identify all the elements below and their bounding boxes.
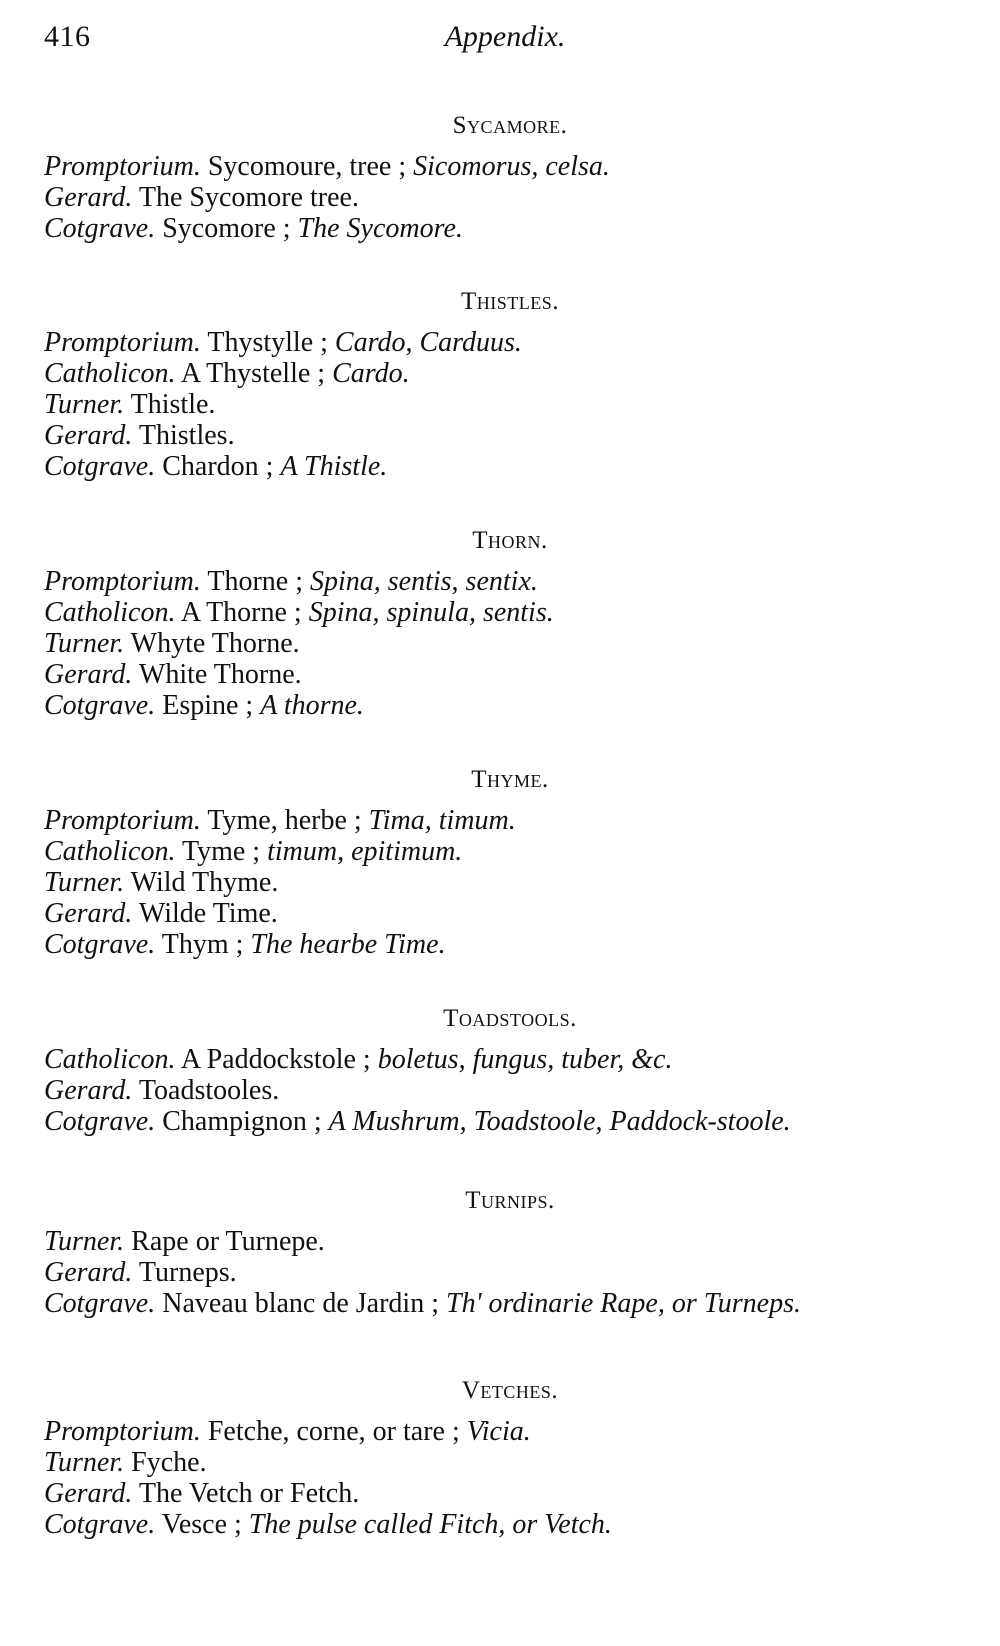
entry: Catholicon. A Paddockstole ; boletus, fu… bbox=[44, 1044, 956, 1075]
entry-text: Wilde Time. bbox=[132, 898, 277, 929]
running-head: Appendix. bbox=[0, 20, 1000, 54]
entry-text: Rape or Turnepe. bbox=[124, 1226, 325, 1257]
entry-text: White Thorne. bbox=[132, 659, 301, 690]
entry-source: Promptorium. bbox=[44, 327, 201, 358]
entry-text: Tyme, herbe ; bbox=[201, 805, 369, 836]
entry-text: Fetche, corne, or tare ; bbox=[201, 1416, 467, 1447]
entry: Cotgrave. Naveau blanc de Jardin ; Th' o… bbox=[44, 1288, 956, 1319]
entry: Gerard. Thistles. bbox=[44, 420, 956, 451]
entry-source: Promptorium. bbox=[44, 151, 201, 182]
entry-source: Gerard. bbox=[44, 182, 132, 213]
entry-source: Gerard. bbox=[44, 1075, 132, 1106]
entry: Gerard. White Thorne. bbox=[44, 659, 956, 690]
entry-text: Sycomoure, tree ; bbox=[201, 151, 413, 182]
entry-latin: A Thistle. bbox=[280, 451, 387, 482]
entry-text: Thorne ; bbox=[201, 566, 310, 597]
entry-text: The Vetch or Fetch. bbox=[132, 1478, 359, 1509]
entry-latin: Th' ordinarie Rape, or Turneps. bbox=[446, 1288, 801, 1319]
entry: Cotgrave. Sycomore ; The Sycomore. bbox=[44, 213, 956, 244]
entry-latin: The hearbe Time. bbox=[250, 929, 445, 960]
entry-source: Gerard. bbox=[44, 420, 132, 451]
section-title: Vetches. bbox=[44, 1377, 956, 1405]
entry: Cotgrave. Chardon ; A Thistle. bbox=[44, 451, 956, 482]
entry-source: Gerard. bbox=[44, 898, 132, 929]
entry: Promptorium. Sycomoure, tree ; Sicomorus… bbox=[44, 151, 956, 182]
entry-source: Gerard. bbox=[44, 659, 132, 690]
section-sycamore: Sycamore.Promptorium. Sycomoure, tree ; … bbox=[44, 112, 956, 244]
entry-text: A Thorne ; bbox=[175, 597, 308, 628]
entry: Promptorium. Thorne ; Spina, sentis, sen… bbox=[44, 566, 956, 597]
entry-text: A Paddockstole ; bbox=[175, 1044, 377, 1075]
entry: Gerard. Toadstooles. bbox=[44, 1075, 956, 1106]
entry-source: Cotgrave. bbox=[44, 1288, 155, 1319]
section-thyme: Thyme.Promptorium. Tyme, herbe ; Tima, t… bbox=[44, 766, 956, 960]
entry-source: Turner. bbox=[44, 1447, 124, 1478]
entry: Turner. Rape or Turnepe. bbox=[44, 1226, 956, 1257]
entry-source: Catholicon. bbox=[44, 1044, 175, 1075]
section-title: Sycamore. bbox=[44, 112, 956, 140]
entry-text: Espine ; bbox=[155, 690, 260, 721]
entry-source: Cotgrave. bbox=[44, 690, 155, 721]
entry-latin: The Sycomore. bbox=[298, 213, 463, 244]
entry: Gerard. Turneps. bbox=[44, 1257, 956, 1288]
entry: Gerard. Wilde Time. bbox=[44, 898, 956, 929]
entry-source: Promptorium. bbox=[44, 805, 201, 836]
page-header: 416 Appendix. bbox=[0, 20, 1000, 60]
entry-text: Chardon ; bbox=[155, 451, 280, 482]
entry-text: The Sycomore tree. bbox=[132, 182, 359, 213]
entry: Cotgrave. Champignon ; A Mushrum, Toadst… bbox=[44, 1106, 956, 1137]
entry-source: Turner. bbox=[44, 389, 124, 420]
entry-text: Whyte Thorne. bbox=[124, 628, 299, 659]
entry-latin: boletus, fungus, tuber, &c. bbox=[378, 1044, 673, 1075]
entry-text: Champignon ; bbox=[155, 1106, 328, 1137]
entry-text: Naveau blanc de Jardin ; bbox=[155, 1288, 446, 1319]
entry-source: Cotgrave. bbox=[44, 1509, 155, 1540]
section-vetches: Vetches.Promptorium. Fetche, corne, or t… bbox=[44, 1377, 956, 1540]
entry: Gerard. The Sycomore tree. bbox=[44, 182, 956, 213]
entry-source: Gerard. bbox=[44, 1478, 132, 1509]
entry: Promptorium. Tyme, herbe ; Tima, timum. bbox=[44, 805, 956, 836]
entry: Promptorium. Thystylle ; Cardo, Carduus. bbox=[44, 327, 956, 358]
section-turnips: Turnips.Turner. Rape or Turnepe.Gerard. … bbox=[44, 1187, 956, 1319]
entry-source: Promptorium. bbox=[44, 1416, 201, 1447]
entry-text: Thistle. bbox=[124, 389, 215, 420]
entry-source: Catholicon. bbox=[44, 597, 175, 628]
section-thistles: Thistles.Promptorium. Thystylle ; Cardo,… bbox=[44, 288, 956, 482]
section-title: Thistles. bbox=[44, 288, 956, 316]
entry-source: Catholicon. bbox=[44, 836, 175, 867]
entry-text: Toadstooles. bbox=[132, 1075, 279, 1106]
section-title: Turnips. bbox=[44, 1187, 956, 1215]
entry-source: Gerard. bbox=[44, 1257, 132, 1288]
section-title: Thorn. bbox=[44, 527, 956, 555]
entry-source: Cotgrave. bbox=[44, 929, 155, 960]
entry-latin: A thorne. bbox=[260, 690, 364, 721]
entry-latin: Spina, sentis, sentix. bbox=[310, 566, 538, 597]
entry-text: A Thystelle ; bbox=[175, 358, 332, 389]
entry-text: Sycomore ; bbox=[155, 213, 297, 244]
entry-text: Vesce ; bbox=[155, 1509, 249, 1540]
entry: Cotgrave. Thym ; The hearbe Time. bbox=[44, 929, 956, 960]
entry-source: Turner. bbox=[44, 867, 124, 898]
entry: Turner. Fyche. bbox=[44, 1447, 956, 1478]
entry: Cotgrave. Espine ; A thorne. bbox=[44, 690, 956, 721]
section-title: Toadstools. bbox=[44, 1005, 956, 1033]
entry-source: Cotgrave. bbox=[44, 1106, 155, 1137]
entry: Turner. Thistle. bbox=[44, 389, 956, 420]
entry-source: Cotgrave. bbox=[44, 213, 155, 244]
entry: Catholicon. Tyme ; timum, epitimum. bbox=[44, 836, 956, 867]
entry-text: Turneps. bbox=[132, 1257, 236, 1288]
entry: Turner. Whyte Thorne. bbox=[44, 628, 956, 659]
entry-latin: Vicia. bbox=[467, 1416, 531, 1447]
entry: Turner. Wild Thyme. bbox=[44, 867, 956, 898]
entry: Catholicon. A Thorne ; Spina, spinula, s… bbox=[44, 597, 956, 628]
entry-latin: A Mushrum, Toadstoole, Paddock-stoole. bbox=[329, 1106, 791, 1137]
entry-latin: The pulse called Fitch, or Vetch. bbox=[249, 1509, 612, 1540]
entry-text: Wild Thyme. bbox=[124, 867, 278, 898]
entry: Promptorium. Fetche, corne, or tare ; Vi… bbox=[44, 1416, 956, 1447]
entry-text: Fyche. bbox=[124, 1447, 206, 1478]
entry-source: Catholicon. bbox=[44, 358, 175, 389]
entry: Catholicon. A Thystelle ; Cardo. bbox=[44, 358, 956, 389]
entry: Gerard. The Vetch or Fetch. bbox=[44, 1478, 956, 1509]
entry-text: Tyme ; bbox=[175, 836, 267, 867]
entry-text: Thym ; bbox=[155, 929, 250, 960]
entry-text: Thistles. bbox=[132, 420, 234, 451]
section-toadstools: Toadstools.Catholicon. A Paddockstole ; … bbox=[44, 1005, 956, 1137]
entry-latin: Tima, timum. bbox=[369, 805, 516, 836]
entry-source: Turner. bbox=[44, 628, 124, 659]
entry-latin: timum, epitimum. bbox=[267, 836, 462, 867]
entry-source: Turner. bbox=[44, 1226, 124, 1257]
entry-text: Thystylle ; bbox=[201, 327, 335, 358]
entry: Cotgrave. Vesce ; The pulse called Fitch… bbox=[44, 1509, 956, 1540]
entry-source: Promptorium. bbox=[44, 566, 201, 597]
entry-latin: Spina, spinula, sentis. bbox=[309, 597, 554, 628]
entry-latin: Sicomorus, celsa. bbox=[413, 151, 610, 182]
section-title: Thyme. bbox=[44, 766, 956, 794]
entry-latin: Cardo. bbox=[332, 358, 410, 389]
entry-source: Cotgrave. bbox=[44, 451, 155, 482]
section-thorn: Thorn.Promptorium. Thorne ; Spina, senti… bbox=[44, 527, 956, 721]
entry-latin: Cardo, Carduus. bbox=[335, 327, 522, 358]
